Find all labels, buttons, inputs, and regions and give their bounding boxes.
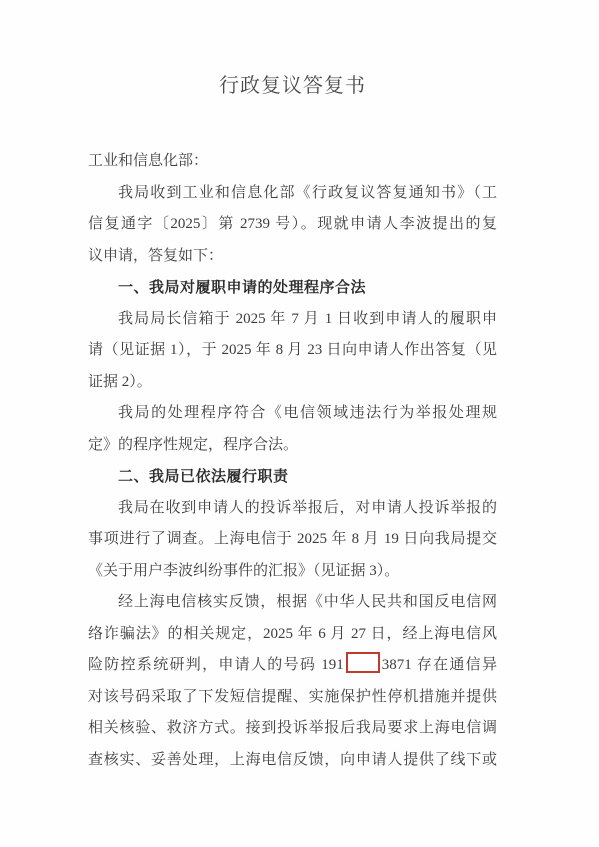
doc-line: 议申请，答复如下： — [88, 241, 497, 273]
doc-line: 请（见证据 1），于 2025 年 8 月 23 日向申请人作出答复（见 — [88, 335, 497, 367]
doc-line: 查核实、妥善处理，上海电信反馈，向申请人提供了线下或 — [88, 745, 497, 777]
document-body: 行政复议答复书 工业和信息化部： 我局收到工业和信息化部《行政复议答复通知书》（… — [88, 70, 497, 776]
salutation-line: 工业和信息化部： — [88, 146, 497, 178]
doc-line: 证据 2）。 — [88, 367, 497, 399]
section-heading-2: 二、我局已依法履行职责 — [88, 461, 497, 493]
doc-line: 我局收到工业和信息化部《行政复议答复通知书》（工 — [88, 178, 497, 210]
doc-line: 信复通字〔2025〕第 2739 号）。现就申请人李波提出的复 — [88, 209, 497, 241]
doc-line: 我局的处理程序符合《电信领域违法行为举报处理规 — [88, 398, 497, 430]
doc-line: 相关核验、救济方式。接到投诉举报后我局要求上海电信调 — [88, 713, 497, 745]
doc-line: 《关于用户李波纠纷事件的汇报》（见证据 3）。 — [88, 556, 497, 588]
doc-line: 我局在收到申请人的投诉举报后，对申请人投诉举报的 — [88, 493, 497, 525]
redaction-box — [346, 652, 380, 673]
doc-line: 经上海电信核实反馈，根据《中华人民共和国反电信网 — [88, 587, 497, 619]
doc-line: 对该号码采取了下发短信提醒、实施保护性停机措施并提供 — [88, 682, 497, 714]
doc-line: 定》的程序性规定，程序合法。 — [88, 430, 497, 462]
redacted-phone-line: 险防控系统研判，申请人的号码 1913871 存在通信异常， — [88, 650, 497, 682]
section-heading-1: 一、我局对履职申请的处理程序合法 — [88, 272, 497, 304]
doc-line: 事项进行了调查。上海电信于 2025 年 8 月 19 日向我局提交 — [88, 524, 497, 556]
doc-line: 我局局长信箱于 2025 年 7 月 1 日收到申请人的履职申 — [88, 304, 497, 336]
doc-line: 络诈骗法》的相关规定，2025 年 6 月 27 日，经上海电信风 — [88, 619, 497, 651]
scanned-document-page: 行政复议答复书 工业和信息化部： 我局收到工业和信息化部《行政复议答复通知书》（… — [0, 0, 599, 847]
document-title: 行政复议答复书 — [88, 70, 497, 102]
phone-prefix-text: 险防控系统研判，申请人的号码 191 — [88, 657, 344, 673]
